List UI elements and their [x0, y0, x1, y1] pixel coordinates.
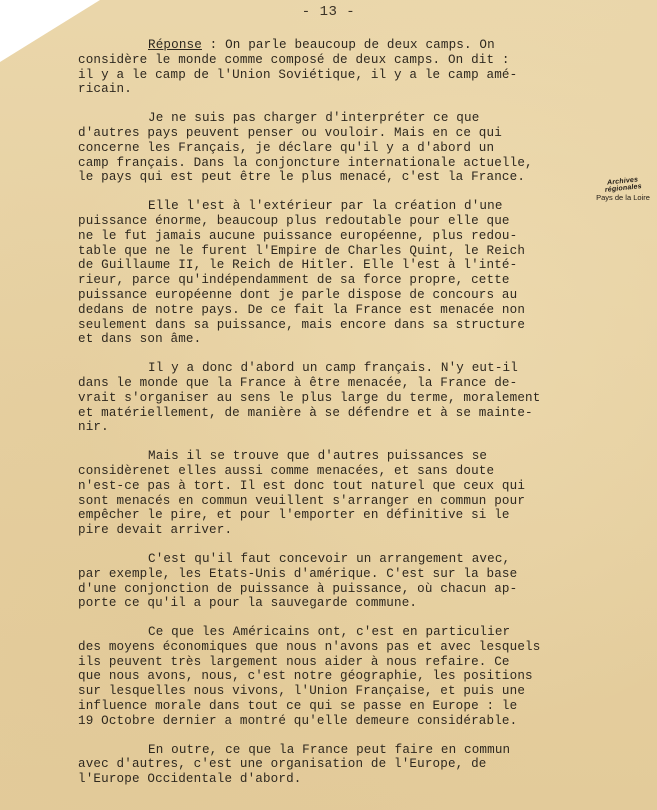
- page-number: - 13 -: [0, 4, 657, 20]
- paragraph-3: Elle l'est à l'extérieur par la création…: [78, 199, 618, 347]
- text-line: des moyens économiques que nous n'avons …: [78, 640, 618, 655]
- text-line: concerne les Français, je déclare qu'il …: [78, 141, 618, 156]
- text-line: influence morale dans tout ce qui se pas…: [78, 699, 618, 714]
- paragraph-8: En outre, ce que la France peut faire en…: [78, 743, 618, 787]
- text-line: considèrenet elles aussi comme menacées,…: [78, 464, 618, 479]
- text-line: que nous avons, nous, c'est notre géogra…: [78, 669, 618, 684]
- paragraph-7: Ce que les Américains ont, c'est en part…: [78, 625, 618, 729]
- paragraph-5: Mais il se trouve que d'autres puissance…: [78, 449, 618, 538]
- text-line: Elle l'est à l'extérieur par la création…: [78, 199, 618, 214]
- text-line: Je ne suis pas charger d'interpréter ce …: [78, 111, 618, 126]
- text-line: avec d'autres, c'est une organisation de…: [78, 757, 618, 772]
- text-line: il y a le camp de l'Union Soviétique, il…: [78, 68, 618, 83]
- text-line: table que ne le furent l'Empire de Charl…: [78, 244, 618, 259]
- text-line: considère le monde comme composé de deux…: [78, 53, 618, 68]
- text-line: sur lesquelles nous vivons, l'Union Fran…: [78, 684, 618, 699]
- paragraph-1: Réponse : On parle beaucoup de deux camp…: [78, 38, 618, 97]
- text-line: et dans son âme.: [78, 332, 618, 347]
- text-line: l'Europe Occidentale d'abord.: [78, 772, 618, 787]
- text-line: porte ce qu'il a pour la sauvegarde comm…: [78, 596, 618, 611]
- text-line: empêcher le pire, et pour l'emporter en …: [78, 508, 618, 523]
- text-line: ils peuvent très largement nous aider à …: [78, 655, 618, 670]
- text-line: Mais il se trouve que d'autres puissance…: [78, 449, 618, 464]
- text-line: de Guillaume II, le Reich de Hitler. Ell…: [78, 258, 618, 273]
- text-line: Réponse : On parle beaucoup de deux camp…: [78, 38, 618, 53]
- text-line: d'une conjonction de puissance à puissan…: [78, 582, 618, 597]
- text-line: nir.: [78, 420, 618, 435]
- text-line: En outre, ce que la France peut faire en…: [78, 743, 618, 758]
- text-line: seulement dans sa puissance, mais encore…: [78, 318, 618, 333]
- text-line: et matériellement, de manière à se défen…: [78, 406, 618, 421]
- text-line: 19 Octobre dernier a montré qu'elle deme…: [78, 714, 618, 729]
- document-body: Réponse : On parle beaucoup de deux camp…: [78, 38, 618, 801]
- text-line: dans le monde que la France à être menac…: [78, 376, 618, 391]
- text-line: vrait s'organiser au sens le plus large …: [78, 391, 618, 406]
- text-line: pire devait arriver.: [78, 523, 618, 538]
- text-line: le pays qui est peut être le plus menacé…: [78, 170, 618, 185]
- text-line: camp français. Dans la conjoncture inter…: [78, 156, 618, 171]
- text-line: Ce que les Américains ont, c'est en part…: [78, 625, 618, 640]
- text-line: d'autres pays peuvent penser ou vouloir.…: [78, 126, 618, 141]
- text-line: C'est qu'il faut concevoir un arrangemen…: [78, 552, 618, 567]
- text-line: ricain.: [78, 82, 618, 97]
- paragraph-4: Il y a donc d'abord un camp français. N'…: [78, 361, 618, 435]
- text-line: ne le fut jamais aucune puissance europé…: [78, 229, 618, 244]
- text-line: sont menacés en commun veuillent s'arran…: [78, 494, 618, 509]
- reponse-label: Réponse: [148, 38, 202, 52]
- text-line: rieur, parce qu'indépendamment de sa for…: [78, 273, 618, 288]
- text-line: dedans de notre pays. De ce fait la Fran…: [78, 303, 618, 318]
- text-line: puissance énorme, beaucoup plus redoutab…: [78, 214, 618, 229]
- text-line: par exemple, les Etats-Unis d'amérique. …: [78, 567, 618, 582]
- text-line: Il y a donc d'abord un camp français. N'…: [78, 361, 618, 376]
- paragraph-2: Je ne suis pas charger d'interpréter ce …: [78, 111, 618, 185]
- text-line: n'est-ce pas à tort. Il est donc tout na…: [78, 479, 618, 494]
- paragraph-6: C'est qu'il faut concevoir un arrangemen…: [78, 552, 618, 611]
- text-line: puissance européenne dont je parle dispo…: [78, 288, 618, 303]
